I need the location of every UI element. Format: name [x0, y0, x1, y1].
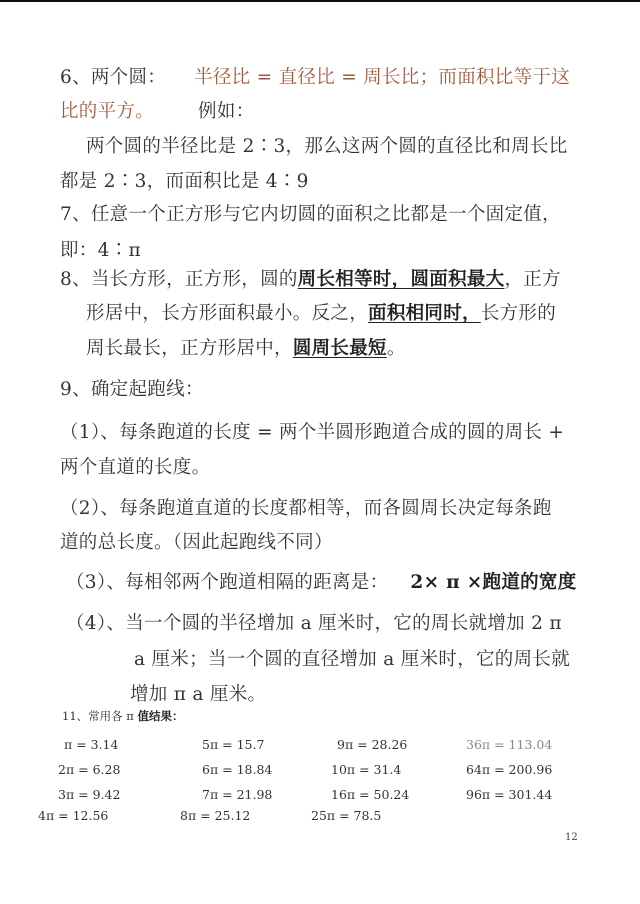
- pi-value: 6π = 18.84: [202, 762, 272, 778]
- item8-emphasis-1: 周长相等时，圆面积最大: [298, 269, 505, 290]
- pi-value: 5π = 15.7: [202, 737, 264, 753]
- item8-text: 形居中，长方形面积最小。反之，: [86, 303, 368, 324]
- pi-value: 3π = 9.42: [58, 787, 120, 803]
- item6-example-label: 例如：: [198, 101, 254, 122]
- item11-heading-text: 11、常用各 π: [62, 709, 138, 723]
- pi-value: 2π = 6.28: [58, 762, 120, 778]
- item6-example-line1: 两个圆的半径比是 2∶3，那么这两个圆的直径比和周长比: [86, 135, 568, 159]
- pi-value: 96π = 301.44: [466, 787, 552, 803]
- page-number: 12: [565, 832, 578, 843]
- item9-sub4-line1: （4）、当一个圆的半径增加 a 厘米时，它的周长就增加 2 π: [66, 612, 562, 636]
- pi-value: 16π = 50.24: [331, 787, 409, 803]
- item9-sub4-line3: 增加 π a 厘米。: [130, 683, 266, 707]
- item8-line2: 形居中，长方形面积最小。反之，面积相同时，长方形的: [86, 302, 556, 326]
- item8-line1: 8、当长方形，正方形，圆的周长相等时，圆面积最大，正方: [60, 268, 561, 292]
- item6-line1: 6、两个圆：半径比 = 直径比 = 周长比；而面积比等于这: [60, 66, 570, 90]
- pi-value: 9π = 28.26: [337, 737, 407, 753]
- item9-sub1-line2: 两个直道的长度。: [60, 456, 210, 480]
- item11-heading: 11、常用各 π 值结果：: [62, 708, 184, 724]
- item8-text: 长方形的: [481, 303, 556, 324]
- item6-label: 6、两个圆：: [60, 67, 166, 88]
- pi-value: 10π = 31.4: [331, 762, 401, 778]
- item9-sub1-line1: （1）、每条跑道的长度 = 两个半圆形跑道合成的圆的周长 +: [60, 421, 564, 445]
- item9-title: 9、确定起跑线：: [60, 378, 204, 402]
- item9-sub2-line2: 道的总长度。（因此起跑线不同）: [60, 531, 333, 555]
- item8-text: ，正方: [504, 269, 560, 290]
- top-border: [0, 0, 640, 2]
- pi-value: π = 3.14: [64, 737, 118, 753]
- item7-line1: 7、任意一个正方形与它内切圆的面积之比都是一个固定值，: [60, 203, 561, 227]
- item8-text: 。: [387, 338, 406, 359]
- pi-value: 36π = 113.04: [466, 737, 552, 753]
- item6-highlight-1: 半径比 = 直径比 = 周长比；而面积比等于这: [194, 67, 570, 88]
- pi-value: 8π = 25.12: [180, 808, 250, 824]
- item6-highlight-2: 比的平方。: [60, 101, 154, 122]
- item8-emphasis-2: 面积相同时，: [368, 303, 481, 324]
- item9-sub4-line2: a 厘米；当一个圆的直径增加 a 厘米时，它的周长就: [134, 648, 570, 672]
- item9-sub3: （3）、每相邻两个跑道相隔的距离是：2× π ×跑道的宽度: [66, 571, 577, 595]
- pi-value: 25π = 78.5: [311, 808, 381, 824]
- item8-text: 8、当长方形，正方形，圆的: [60, 269, 298, 290]
- item6-line2: 比的平方。例如：: [60, 100, 254, 124]
- item9-sub2-line1: （2）、每条跑道直道的长度都相等，而各圆周长决定每条跑: [60, 497, 552, 521]
- item9-sub3-formula: 2× π ×跑道的宽度: [410, 572, 576, 593]
- item11-heading-bold: 值结果：: [138, 709, 184, 723]
- item8-emphasis-3: 圆周长最短: [293, 338, 387, 359]
- pi-value: 7π = 21.98: [202, 787, 272, 803]
- item8-line3: 周长最长，正方形居中，圆周长最短。: [86, 337, 406, 361]
- pi-value: 4π = 12.56: [38, 808, 108, 824]
- pi-value: 64π = 200.96: [466, 762, 552, 778]
- item9-sub3-text: （3）、每相邻两个跑道相隔的距离是：: [66, 572, 388, 593]
- item6-example-line2: 都是 2∶3，而面积比是 4∶9: [60, 170, 309, 194]
- item8-text: 周长最长，正方形居中，: [86, 338, 293, 359]
- item7-line2: 即：4∶π: [60, 239, 141, 263]
